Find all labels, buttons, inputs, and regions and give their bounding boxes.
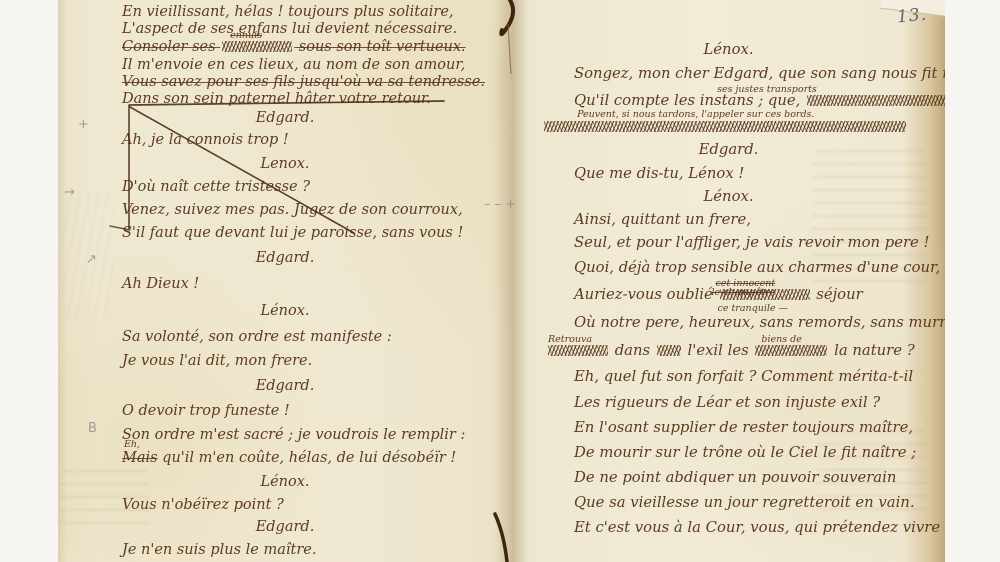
- verse-line: Qu'il compte les instans ; que, ses just…: [512, 86, 945, 116]
- interlinear-correction: ses justes transports: [717, 85, 817, 95]
- text-segment: Lénox.: [260, 303, 309, 319]
- text-segment: Je vous l'ai dit, mon frere.: [122, 353, 312, 369]
- text-segment: Edgard.: [699, 141, 759, 158]
- text-segment: S'il faut que devant lui je paroisse, sa…: [122, 225, 463, 241]
- verse-line: Que sa vieillesse un jour regretteroit e…: [512, 490, 945, 515]
- verse-line: De mourir sur le trône où le Ciel le fit…: [512, 440, 945, 465]
- text-segment: Où notre pere, heureux, sans remords, sa…: [574, 314, 945, 331]
- interlinear-correction: biens de: [761, 335, 801, 345]
- text-segment: qu'il m'en coûte, hélas, de lui désobéïr…: [158, 450, 457, 466]
- verse-line: Venez, suivez mes pas. Jugez de son cour…: [58, 199, 512, 222]
- verse-line: Où notre pere, heureux, sans remords, sa…: [512, 309, 945, 337]
- text-segment: Venez, suivez mes pas. Jugez de son cour…: [122, 202, 463, 218]
- text-segment: Les rigueurs de Léar et son injuste exil…: [574, 394, 880, 411]
- pencil-mark: +: [78, 118, 89, 131]
- speaker-heading: Edgard.: [512, 138, 945, 162]
- manuscript-scan: { "page_number": "13.", "colors": { "ink…: [0, 0, 1000, 562]
- speaker-heading: Edgard.: [58, 245, 512, 271]
- verse-line: MaisEh, qu'il m'en coûte, hélas, de lui …: [58, 447, 512, 470]
- text-segment: Consoler ses: [122, 39, 220, 55]
- verse-line: D'où naît cette tristesse ?: [58, 176, 512, 199]
- verse-line: En l'osant supplier de rester toujours m…: [512, 415, 945, 440]
- text-segment: Edgard.: [256, 378, 315, 394]
- text-segment: En l'osant supplier de rester toujours m…: [574, 419, 913, 436]
- text-segment: l'exil les: [683, 342, 754, 359]
- verse-line: L'aspect de ses enfans lui devient néces…: [58, 21, 512, 38]
- right-page: 13. Lénox.Songez, mon cher Edgard, que s…: [512, 0, 945, 562]
- verse-line: Consoler ses ennuis sous son toît vertue…: [58, 38, 512, 57]
- interlinear-correction: Eh,: [124, 440, 140, 450]
- text-segment: Ah, je la connois trop !: [122, 132, 289, 148]
- text-segment: O devoir trop funeste !: [122, 403, 290, 419]
- left-page: En vieillissant, hélas ! toujours plus s…: [58, 0, 512, 562]
- text-segment: la nature ?: [829, 342, 914, 359]
- verse-line: Je vous l'ai dit, mon frere.: [58, 349, 512, 373]
- verse-line: Eh, quel fut son forfait ? Comment mérit…: [512, 364, 945, 390]
- text-segment: Et c'est vous à la Cour, vous, qui préte…: [574, 519, 945, 536]
- interlinear-correction: ennuis: [230, 31, 262, 41]
- text-segment: sous son toît vertueux.: [294, 39, 466, 55]
- text-segment: Quoi, déjà trop sensible aux charmes d'u…: [574, 259, 940, 276]
- verse-line: Je n'en suis plus le maître.: [58, 538, 512, 562]
- text-segment: Lenox.: [260, 156, 309, 172]
- pencil-mark: B: [88, 422, 97, 435]
- verse-line: Ah, je la connois trop !: [58, 128, 512, 152]
- speaker-heading: Edgard.: [58, 373, 512, 399]
- text-segment: Vous n'obéïrez point ?: [122, 497, 284, 513]
- verse-line: Ainsi, quittant un frere,: [512, 208, 945, 231]
- text-segment: Dans son sein paternel hâter votre retou…: [122, 91, 431, 107]
- speaker-heading: Lénox.: [58, 470, 512, 494]
- text-segment: Eh, quel fut son forfait ? Comment mérit…: [574, 368, 913, 385]
- text-segment: Ah Dieux !: [122, 276, 199, 292]
- speaker-heading: Edgard.: [58, 516, 512, 538]
- verse-line: Retrouva dans l'exil les biens de la nat…: [512, 337, 945, 364]
- scribbled-out-text: [544, 121, 906, 132]
- text-segment: De mourir sur le trône où le Ciel le fit…: [574, 444, 916, 461]
- scribbled-out-text: ennuis: [222, 41, 292, 52]
- interlinear-correction: Retrouva: [548, 335, 592, 345]
- text-segment: Que me dis-tu, Lénox !: [574, 165, 744, 182]
- verse-line: [512, 116, 945, 138]
- verse-line: Seul, et pour l'affliger, je vais revoir…: [512, 231, 945, 255]
- verse-line: Ah Dieux !: [58, 271, 512, 297]
- left-page-text: En vieillissant, hélas ! toujours plus s…: [58, 0, 512, 562]
- verse-line: S'il faut que devant lui je paroisse, sa…: [58, 222, 512, 245]
- scribbled-out-text: Retrouva: [548, 345, 608, 356]
- speaker-heading: Lénox.: [58, 297, 512, 325]
- verse-line: Les rigueurs de Léar et son injuste exil…: [512, 390, 945, 415]
- verse-line: Sa volonté, son ordre est manifeste :: [58, 325, 512, 349]
- speaker-heading: Edgard.: [58, 108, 512, 128]
- text-segment: séjour: [812, 286, 863, 303]
- pencil-mark: – – +: [484, 198, 516, 211]
- text-segment: Son ordre m'est sacré ; je voudrois le r…: [122, 427, 465, 443]
- verse-line: Que me dis-tu, Lénox !: [512, 162, 945, 185]
- text-segment: Lénox.: [260, 474, 309, 490]
- text-segment: De ne point abdiquer un pouvoir souverai…: [574, 469, 896, 486]
- text-segment: Edgard.: [256, 519, 315, 535]
- text-segment: Je n'en suis plus le maître.: [122, 542, 316, 558]
- verse-line: Vous n'obéïrez point ?: [58, 494, 512, 516]
- scribbled-out-text: ses justes transportsPeuvent, si nous ta…: [807, 95, 945, 106]
- text-segment: D'où naît cette tristesse ?: [122, 179, 310, 195]
- scribbled-out-text: biens de: [755, 345, 827, 356]
- pencil-mark: →: [64, 186, 75, 199]
- pencil-mark: ↗: [86, 253, 97, 266]
- text-segment: Vous savez pour ses fils jusqu'où va sa …: [122, 74, 485, 90]
- verse-line: Il m'envoie en ces lieux, au nom de son …: [58, 57, 512, 74]
- text-segment: Ainsi, quittant un frere,: [574, 211, 751, 228]
- interlinear-correction: le champêtre: [712, 288, 775, 298]
- text-segment: Auriez-vous oublié: [574, 286, 718, 303]
- text-segment: MaisEh,: [122, 450, 158, 466]
- text-segment: En vieillissant, hélas ! toujours plus s…: [122, 4, 454, 20]
- verse-line: En vieillissant, hélas ! toujours plus s…: [58, 4, 512, 21]
- text-segment: Que sa vieillesse un jour regretteroit e…: [574, 494, 915, 511]
- scribbled-out-text: [657, 345, 681, 356]
- verse-line: O devoir trop funeste !: [58, 399, 512, 423]
- text-segment: Sa volonté, son ordre est manifeste :: [122, 329, 392, 345]
- text-segment: Seul, et pour l'affliger, je vais revoir…: [574, 234, 929, 251]
- verse-line: Dans son sein paternel hâter votre retou…: [58, 91, 512, 108]
- verse-line: Et c'est vous à la Cour, vous, qui préte…: [512, 515, 945, 540]
- spread: En vieillissant, hélas ! toujours plus s…: [58, 0, 945, 562]
- text-segment: Lénox.: [703, 41, 753, 58]
- scribbled-out-text: cet innocentle champêtrece tranquile —: [720, 289, 810, 300]
- speaker-heading: Lénox.: [512, 38, 945, 62]
- text-segment: Edgard.: [256, 110, 315, 126]
- verse-line: Songez, mon cher Edgard, que son sang no…: [512, 62, 945, 86]
- verse-line: Auriez-vous oublié cet innocentle champê…: [512, 281, 945, 309]
- speaker-heading: Lenox.: [58, 152, 512, 176]
- text-segment: Lénox.: [703, 188, 753, 205]
- verse-line: De ne point abdiquer un pouvoir souverai…: [512, 465, 945, 490]
- verse-line: Vous savez pour ses fils jusqu'où va sa …: [58, 74, 512, 91]
- text-segment: Songez, mon cher Edgard, que son sang no…: [574, 65, 945, 82]
- text-segment: Edgard.: [256, 250, 315, 266]
- right-page-text: Lénox.Songez, mon cher Edgard, que son s…: [512, 0, 945, 562]
- speaker-heading: Lénox.: [512, 185, 945, 208]
- text-segment: dans: [610, 342, 655, 359]
- text-segment: L'aspect de ses enfans lui devient néces…: [122, 21, 457, 37]
- text-segment: Il m'envoie en ces lieux, au nom de son …: [122, 57, 465, 73]
